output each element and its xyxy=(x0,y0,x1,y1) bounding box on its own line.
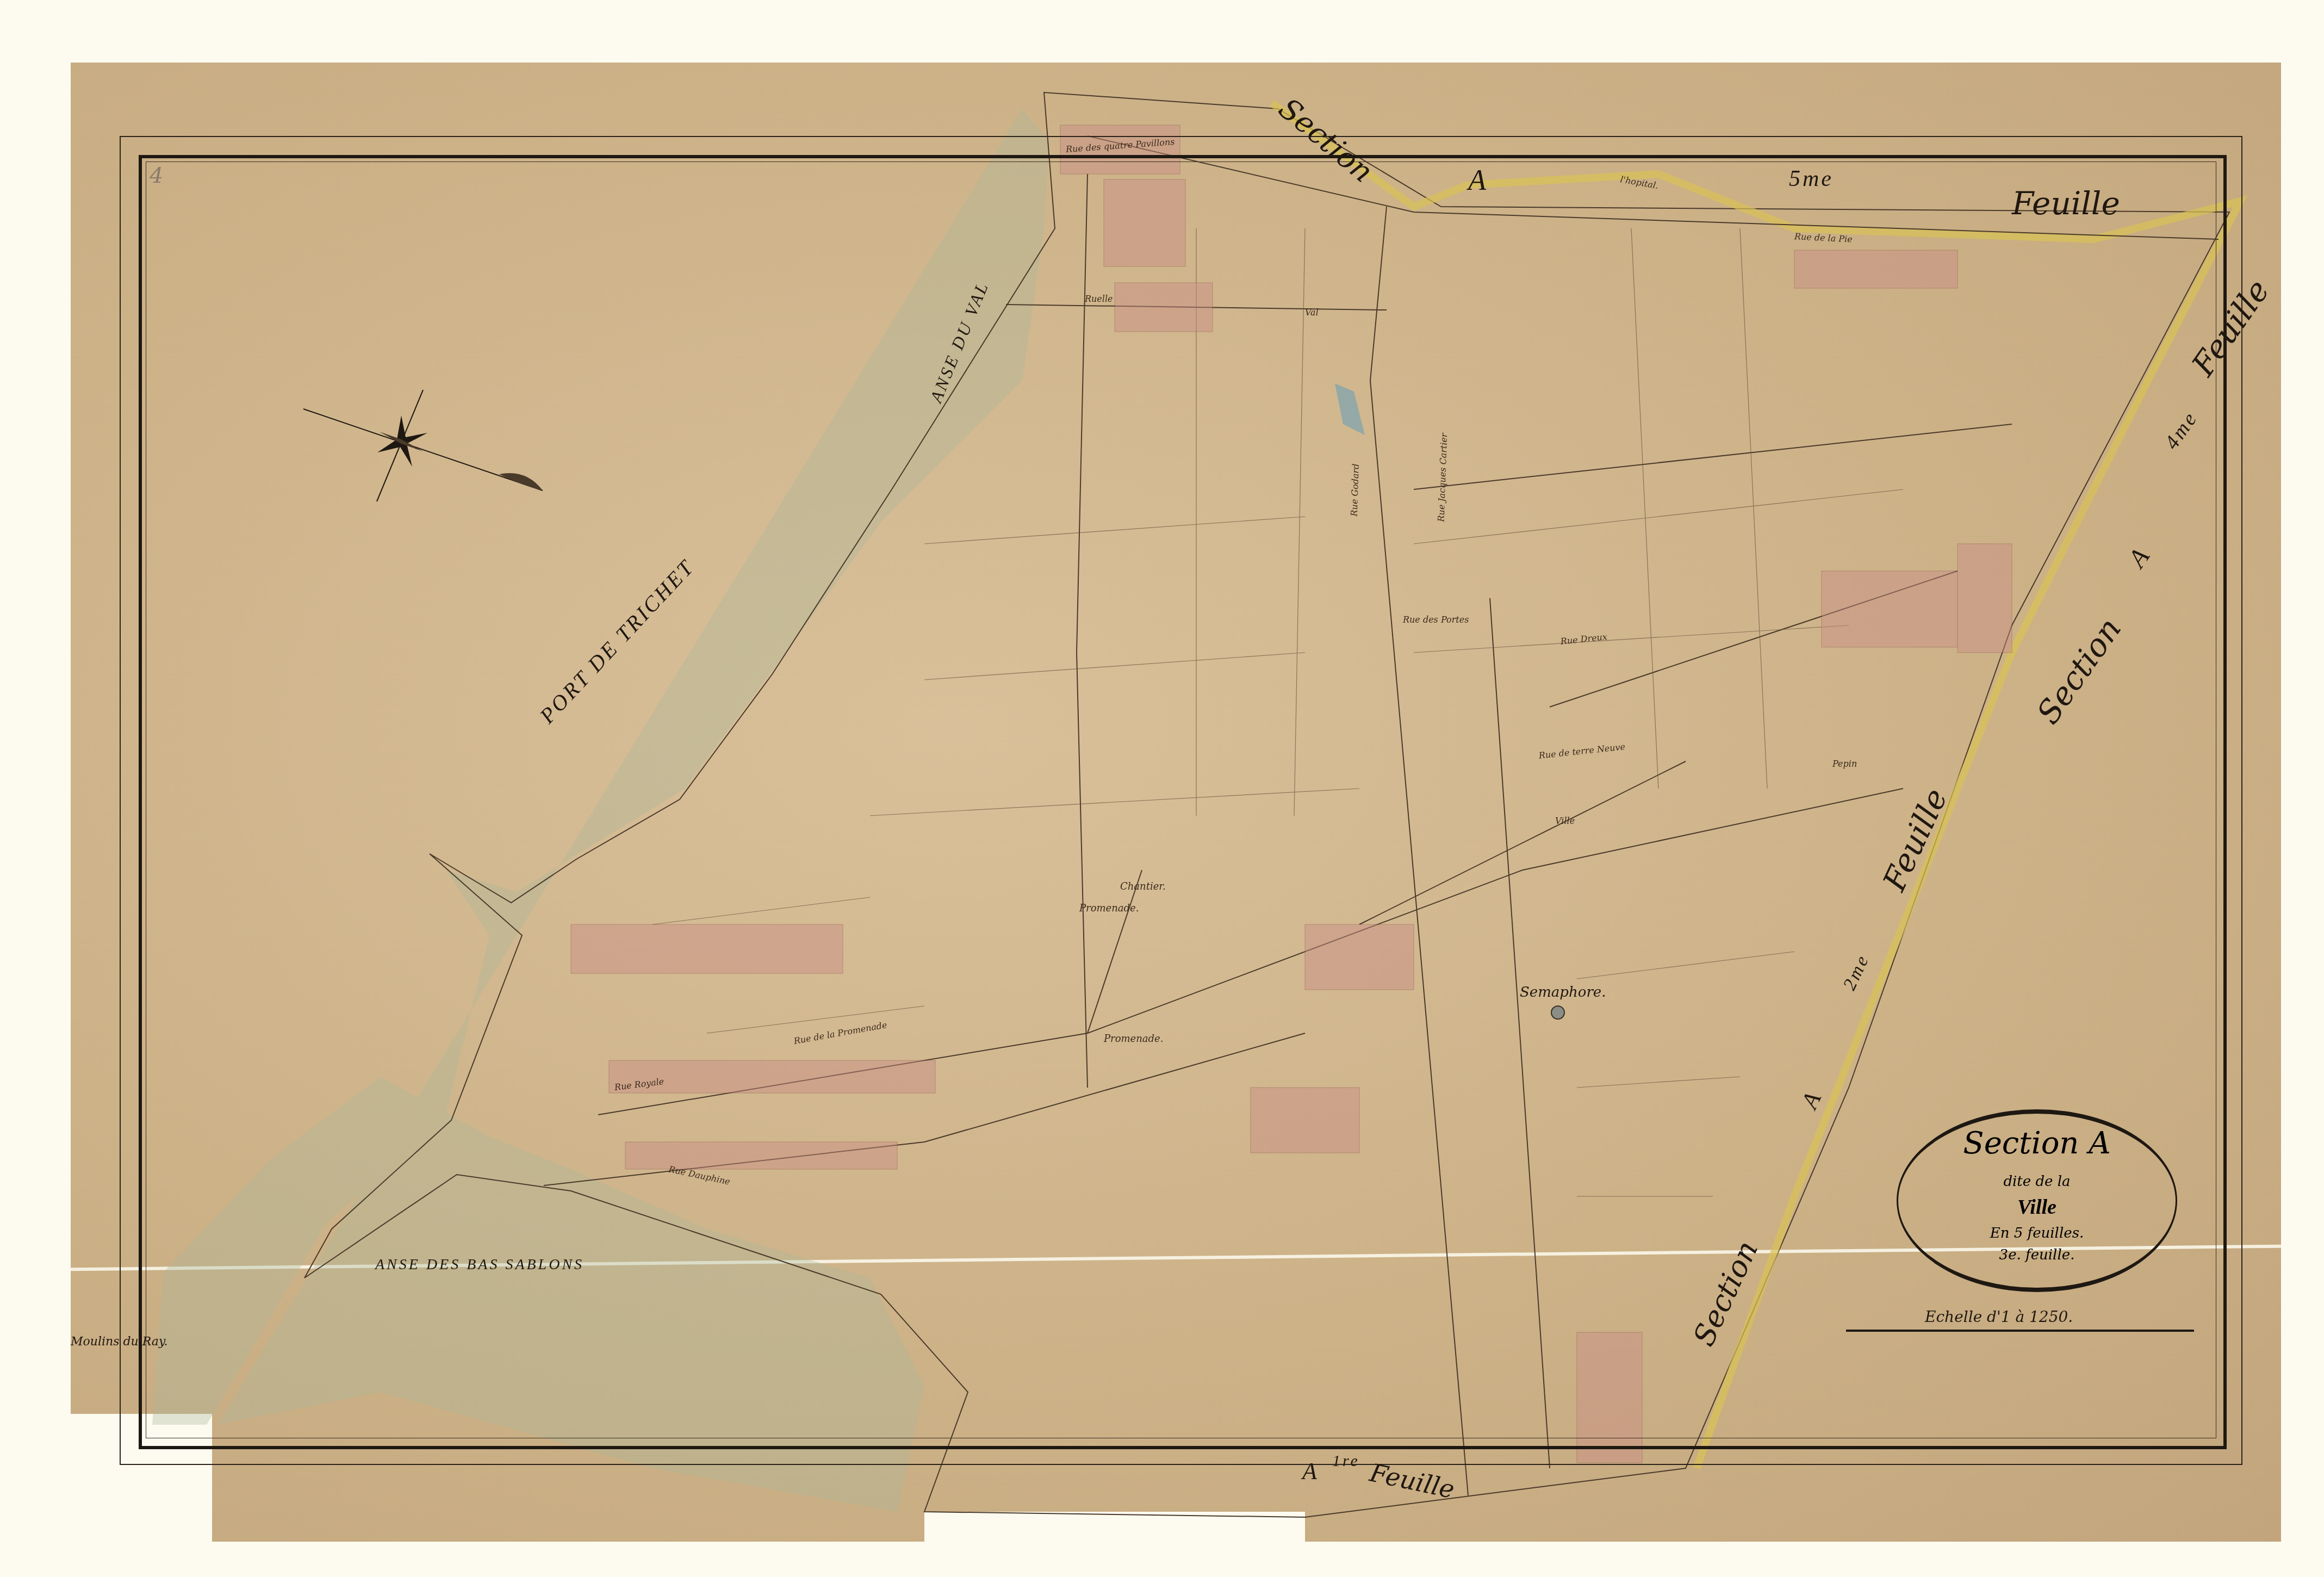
top-section-letter: A xyxy=(1468,163,1488,197)
anse-des-bas-sablons-label: ANSE DES BAS SABLONS xyxy=(375,1256,584,1274)
cartouche-subtitle: dite de la xyxy=(1898,1174,2176,1190)
top-feuille-label: Feuille xyxy=(2012,185,2120,222)
street-ruelle: Ruelle xyxy=(1085,294,1113,304)
scale-label: Echelle d'1 à 1250. xyxy=(1925,1308,2073,1326)
cartouche-name: Ville xyxy=(1898,1195,2176,1219)
promenade-label-1: Promenade. xyxy=(1079,903,1139,914)
semaphore-label: Semaphore. xyxy=(1520,984,1606,1001)
cartouche-sheets: En 5 feuilles. xyxy=(1898,1225,2176,1241)
page-number: 4 xyxy=(150,163,163,188)
chantier-label: Chantier. xyxy=(1120,881,1166,892)
scale-bar xyxy=(1846,1330,2194,1343)
bottom-section-letter: A xyxy=(1302,1457,1319,1485)
title-cartouche: Section A dite de la Ville En 5 feuilles… xyxy=(1897,1109,2177,1292)
street-pepin: Pepin xyxy=(1832,759,1857,769)
top-sheet-ordinal: 5me xyxy=(1789,166,1834,192)
street-des-portes: Rue des Portes xyxy=(1403,614,1469,625)
street-godard: Rue Godard xyxy=(1349,463,1361,517)
bottom-sheet-ordinal: 1re xyxy=(1332,1452,1360,1470)
street-val: Val xyxy=(1305,307,1319,318)
cartouche-sheet-number: 3e. feuille. xyxy=(1898,1247,2176,1263)
street-ville: Ville xyxy=(1555,816,1575,826)
promenade-label-2: Promenade. xyxy=(1104,1033,1164,1045)
moulins-du-ray-label: Moulins du Ray. xyxy=(71,1335,167,1349)
cartouche-title: Section A xyxy=(1898,1126,2176,1161)
